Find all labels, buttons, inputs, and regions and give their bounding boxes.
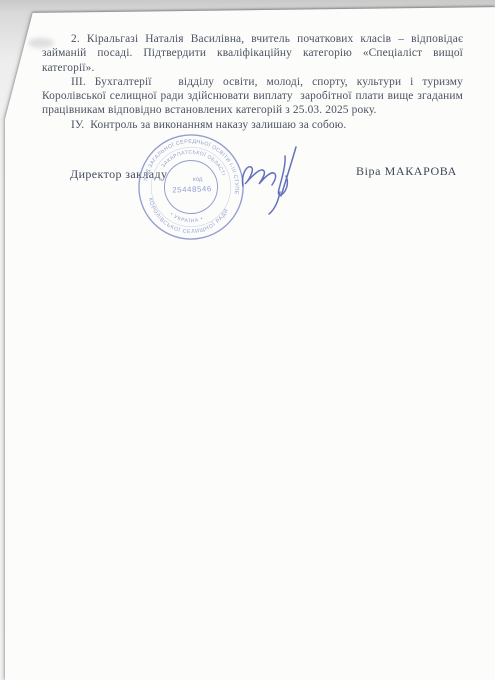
order-paragraph: ІУ. Контроль за виконанням наказу залиша… <box>42 118 463 132</box>
stamp-center-code: 25448546 <box>172 184 212 194</box>
signer-name: Віра МАКАРОВА <box>356 164 457 179</box>
handwritten-signature <box>228 134 320 218</box>
signature-initials-stroke <box>243 167 276 186</box>
order-paragraph: ІІІ. Бухгалтерії відділу освіти, молоді,… <box>42 75 463 118</box>
order-text-block: 2. Кіральгазі Наталія Василівна, вчитель… <box>42 32 463 132</box>
order-paragraph: 2. Кіральгазі Наталія Василівна, вчитель… <box>42 32 463 75</box>
stamp-center-group: код 25448546 <box>172 175 212 194</box>
stamp-center-label: код <box>193 176 203 183</box>
signature-tail-stroke <box>269 192 280 214</box>
